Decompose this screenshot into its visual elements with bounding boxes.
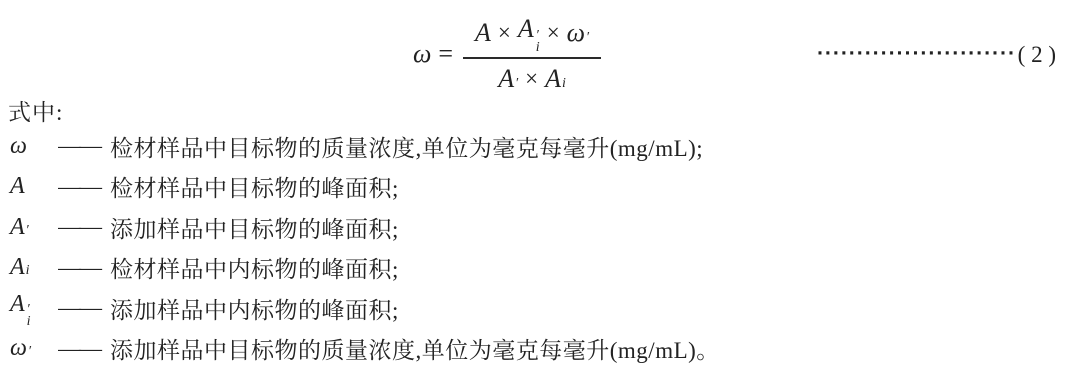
em-dash: —— <box>58 174 110 200</box>
em-dash: —— <box>58 133 110 159</box>
em-dash: —— <box>58 255 110 281</box>
definition-text: 检材样品中内标物的峰面积; <box>110 251 399 284</box>
em-dash: —— <box>58 336 110 362</box>
numerator-term-A: A <box>475 18 491 48</box>
times-icon: × <box>547 20 560 46</box>
definition-text: 检材样品中目标物的峰面积; <box>110 170 399 203</box>
fraction-numerator: A × A′i × ω′ <box>463 14 601 59</box>
numerator-term-Ai-prime: A′i <box>518 14 540 52</box>
definition-list: ω —— 检材样品中目标物的质量浓度,单位为毫克每毫升(mg/mL); A ——… <box>10 126 1074 369</box>
definition-row-omega: ω —— 检材样品中目标物的质量浓度,单位为毫克每毫升(mg/mL); <box>10 126 1074 167</box>
definition-row-omega-prime: ω′ —— 添加样品中目标物的质量浓度,单位为毫克每毫升(mg/mL)。 <box>10 329 1074 370</box>
times-icon: × <box>498 20 511 46</box>
symbol-omega-prime: ω′ <box>10 335 58 362</box>
definition-row-Ai: Ai —— 检材样品中内标物的峰面积; <box>10 248 1074 289</box>
symbol-A-prime: A′ <box>10 214 58 241</box>
equation-number-group: ························· ( 2 ) <box>817 40 1056 70</box>
symbol-Ai-prime: A′i <box>10 291 58 326</box>
denominator-term-A-prime: A′ <box>498 64 518 94</box>
definition-text: 检材样品中目标物的质量浓度,单位为毫克每毫升(mg/mL); <box>110 130 703 163</box>
formula-lhs-omega: ω <box>413 39 431 69</box>
numerator-term-omega-prime: ω′ <box>567 18 589 48</box>
equation-number: ( 2 ) <box>1018 42 1056 68</box>
symbol-A: A <box>10 173 58 200</box>
definition-text: 添加样品中目标物的峰面积; <box>110 211 399 244</box>
dotted-leader: ························· <box>817 46 1016 63</box>
definition-row-Ai-prime: A′i —— 添加样品中内标物的峰面积; <box>10 288 1074 329</box>
symbol-Ai: Ai <box>10 254 58 281</box>
em-dash: —— <box>58 214 110 240</box>
em-dash: —— <box>58 295 110 321</box>
denominator-term-Ai: Ai <box>545 64 566 94</box>
equals-sign: = <box>438 39 454 69</box>
definition-text: 添加样品中内标物的峰面积; <box>110 292 399 325</box>
formula: ω = A × A′i × ω′ A′ × Ai <box>413 14 601 94</box>
fraction-denominator: A′ × Ai <box>486 59 578 94</box>
definition-text: 添加样品中目标物的质量浓度,单位为毫克每毫升(mg/mL)。 <box>110 332 720 365</box>
times-icon: × <box>525 66 538 92</box>
definition-row-A: A —— 检材样品中目标物的峰面积; <box>10 167 1074 208</box>
definition-row-A-prime: A′ —— 添加样品中目标物的峰面积; <box>10 207 1074 248</box>
fraction: A × A′i × ω′ A′ × Ai <box>463 14 601 94</box>
symbol-omega: ω <box>10 133 58 160</box>
equation-block: ω = A × A′i × ω′ A′ × Ai ···············… <box>0 0 1080 95</box>
document-page: ω = A × A′i × ω′ A′ × Ai ···············… <box>0 0 1080 377</box>
where-label: 式中: <box>8 94 63 127</box>
